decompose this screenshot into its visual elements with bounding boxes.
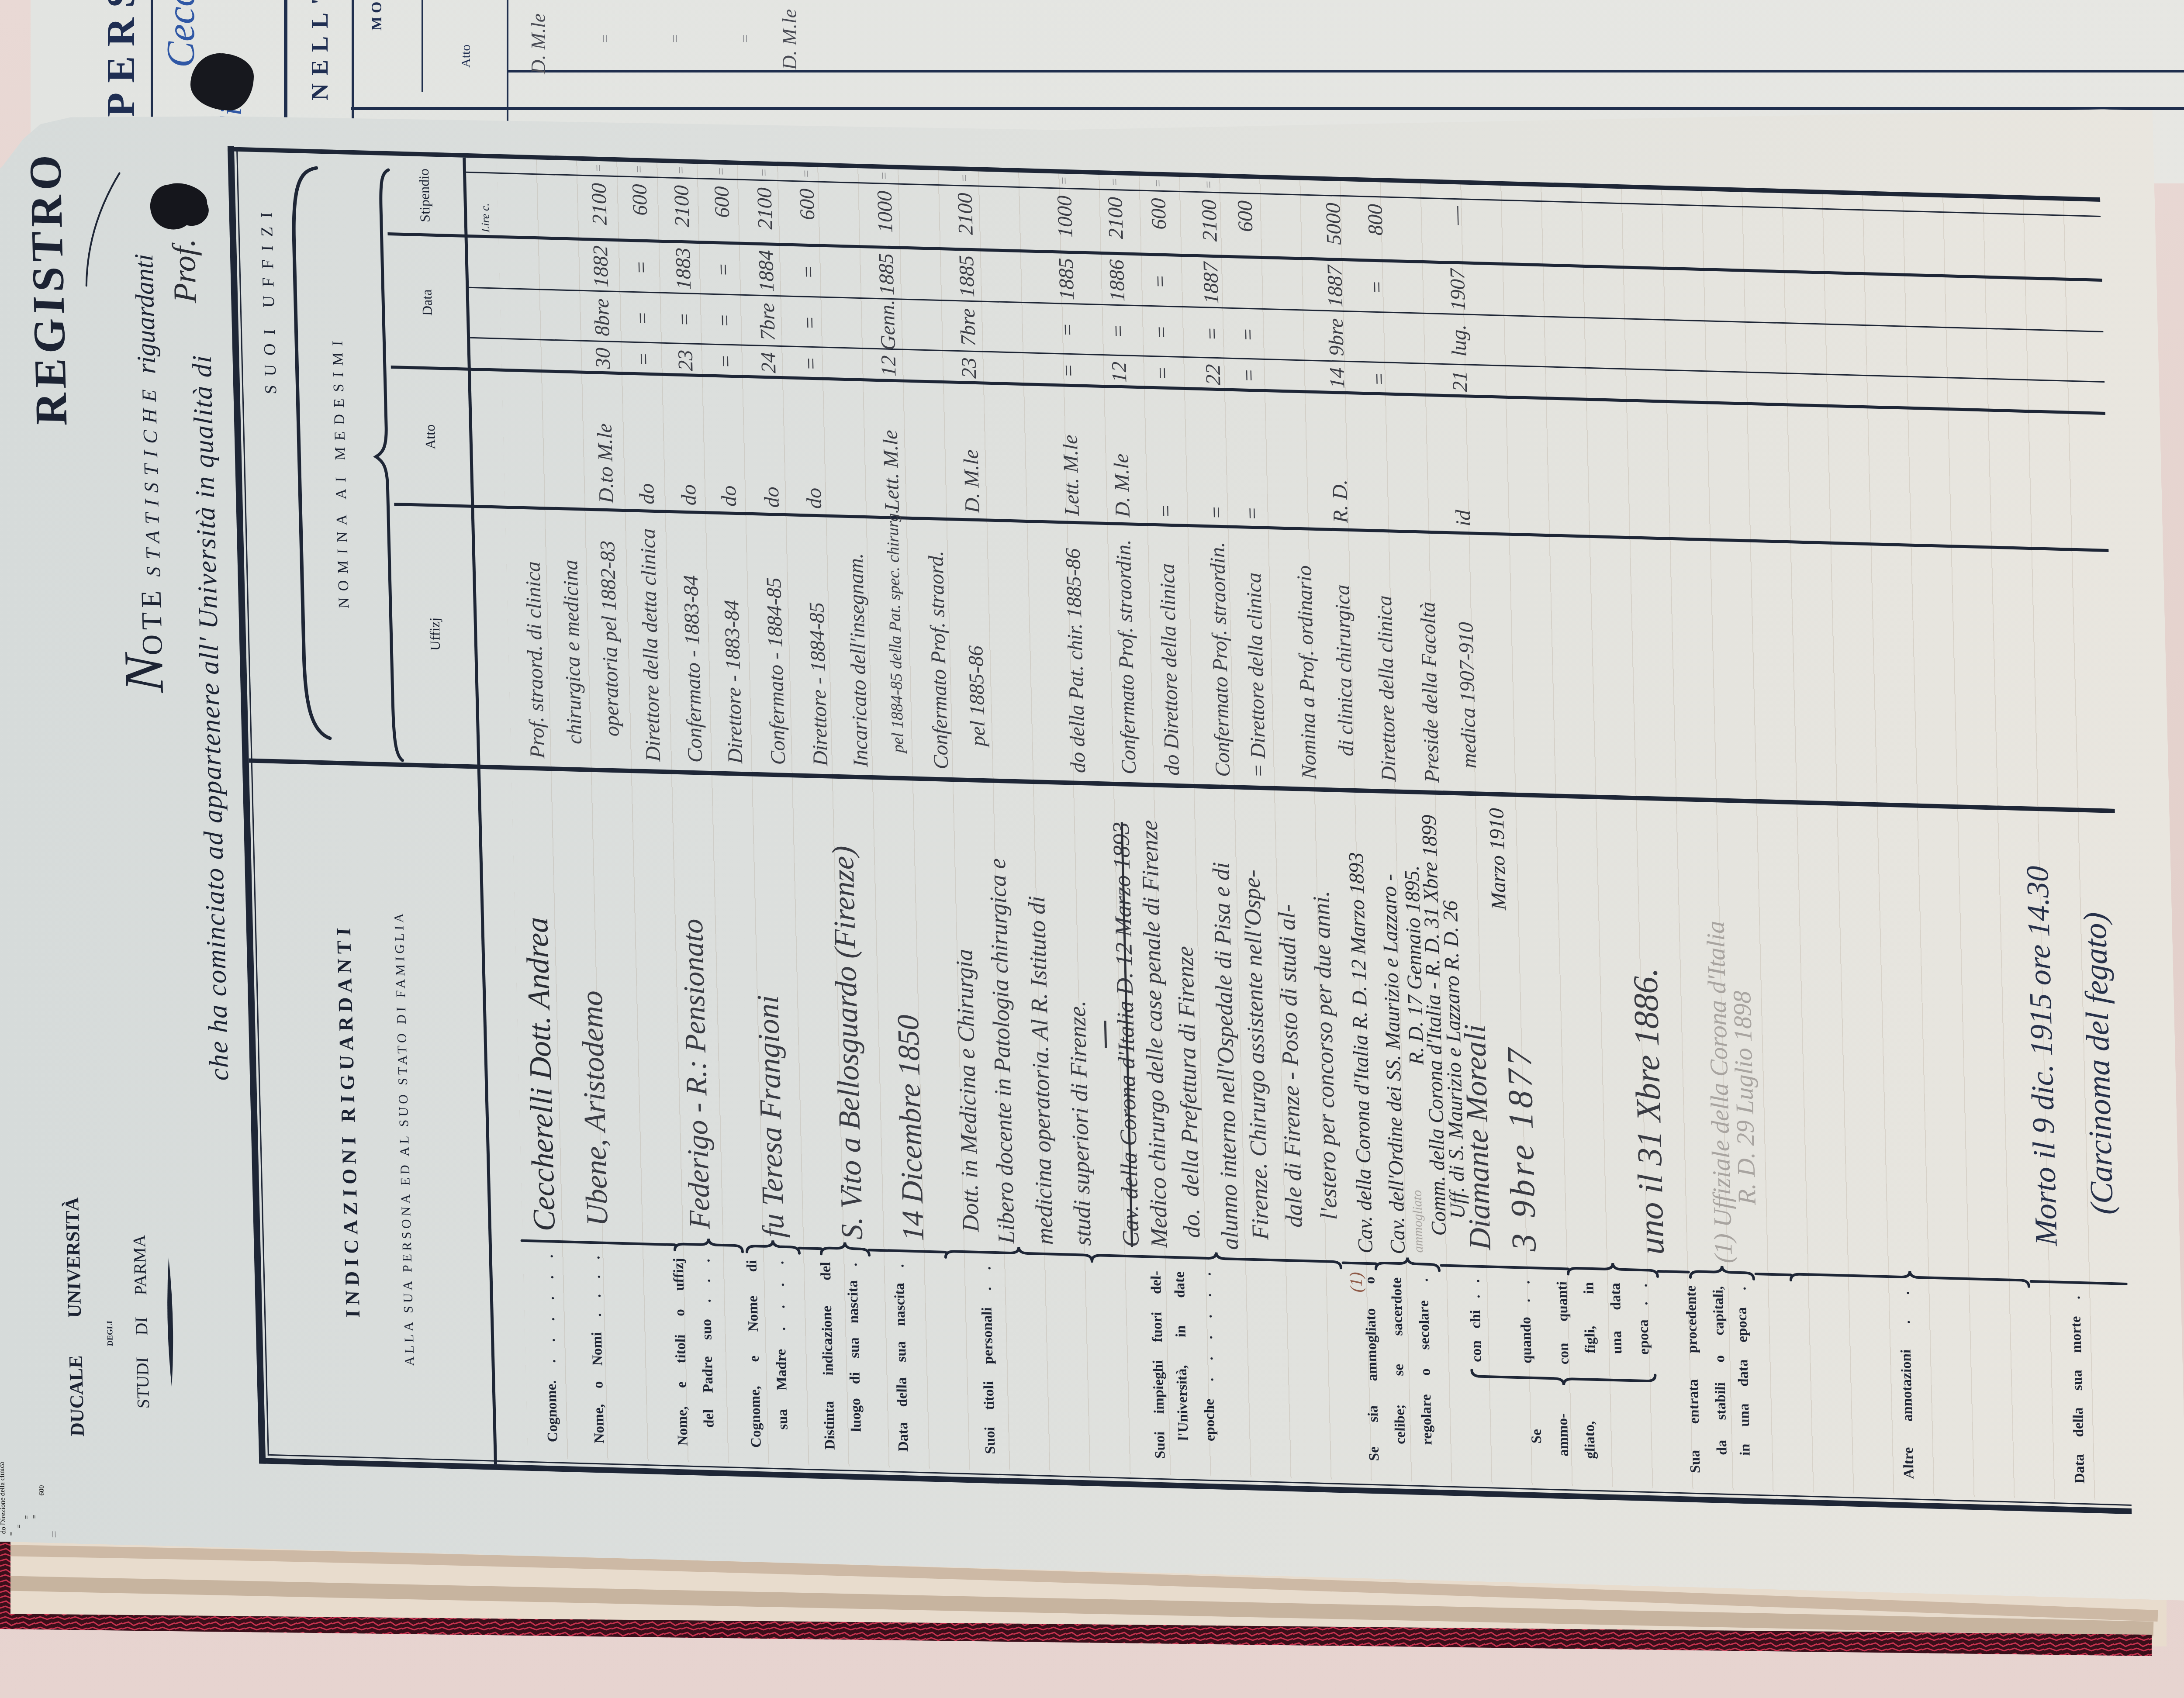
office-title: Direttore della clinica	[1364, 530, 1408, 790]
label-figli: figli, in	[1582, 1282, 1598, 1353]
value-entrata: R. D. 29 Luglio 1898	[1729, 990, 1760, 1205]
office-act: do	[625, 374, 666, 511]
office-salary-lire: 2100	[580, 176, 619, 241]
column-header-stipendio: Stipendio	[416, 155, 432, 236]
office-title: Confermato Prof. straordin.	[1104, 523, 1148, 783]
value-con-chi: Diamante Moreali	[1460, 1024, 1496, 1250]
office-act: do	[750, 378, 791, 514]
label-quando: quando . .	[1518, 1280, 1534, 1363]
office-title: Direttore della detta clinica	[629, 510, 672, 770]
office-date-day: =	[1050, 355, 1088, 387]
office-salary-cent: =	[1190, 176, 1228, 194]
ink-blot	[150, 183, 209, 231]
office-act: Lett. M.le	[1051, 386, 1091, 522]
back-atto-label: Atto	[460, 31, 473, 68]
office-act: R. D.	[1319, 393, 1360, 529]
note-word: OTE	[137, 586, 167, 656]
office-date-year: =	[1141, 255, 1180, 307]
office-title-line: Preside della Facoltà	[1407, 531, 1451, 783]
note-initial: N	[115, 654, 172, 693]
table-frame	[0, 48, 2184, 1601]
office-salary-lire: 800	[1356, 197, 1396, 262]
value-titoli: studi superiori di Firenze.	[1065, 1000, 1095, 1246]
office-date-month: lug.	[1440, 315, 1479, 366]
office-row: Prof. straord. di clinica chirurgica e m…	[505, 157, 632, 769]
office-title-line: pel 1884-85 della Pat. spec. chirurg.	[874, 517, 917, 769]
office-salary-cent: =	[702, 162, 740, 180]
office-date-month: =	[1099, 306, 1138, 357]
office-salary-lire: 1000	[866, 184, 905, 249]
office-date-month: =	[1229, 309, 1268, 360]
office-act: =	[1195, 390, 1236, 526]
office-title-line: Confermato Prof. straord.	[916, 518, 960, 770]
office-title: do della Pat. chir. 1885-86	[1054, 521, 1097, 781]
office-row: Preside della Facoltà medica 1907-910 id…	[1399, 181, 1489, 792]
office-act: =	[1144, 388, 1185, 525]
label-figli: epoca . .	[1635, 1284, 1652, 1355]
office-title: do Direttore della clinica	[1147, 524, 1191, 783]
office-date-day: =	[792, 348, 830, 380]
office-row: Confermato Prof. straord. pel 1885-86 D.…	[908, 168, 998, 779]
office-salary-lire: 1000	[1046, 189, 1085, 254]
office-salary-cent: =	[865, 167, 903, 185]
office-date-year: 1885	[948, 250, 987, 303]
value-nome: Ubene, Aristodemo	[577, 990, 613, 1226]
office-title: Confermato - 1884-85	[753, 513, 797, 773]
office-salary-lire: 2100	[1190, 193, 1230, 258]
office-title-line: medica 1907-910	[1445, 532, 1489, 784]
back-header-fragment-2: MO	[370, 0, 384, 31]
office-act: do	[667, 376, 708, 512]
value-causa-morte: (Carcinoma del fegato)	[2079, 912, 2118, 1215]
office-salary-lire: 2100	[1096, 190, 1136, 255]
office-date-year: 1886	[1098, 254, 1137, 307]
column-subheader-lire: Lire c.	[480, 203, 492, 233]
office-act: D.to M.le	[585, 373, 625, 510]
office-date-month: =	[623, 293, 662, 344]
value-onorificenze: Marzo 1910	[1486, 808, 1510, 911]
office-salary-lire: 5000	[1314, 196, 1354, 261]
office-title-line: Confermato - 1884-85	[753, 513, 797, 765]
office-title-line: Direttore della clinica	[1364, 530, 1408, 782]
office-date-day: 23	[667, 344, 705, 376]
office-salary-cent: =	[788, 165, 826, 183]
value-cognome: Ceccherelli Dott. Andrea	[521, 917, 560, 1232]
office-date-year: =	[790, 246, 829, 298]
label-figli: con quanti	[1555, 1281, 1572, 1365]
statistiche-word: STATISTICHE	[139, 382, 164, 577]
office-salary-cent: =	[620, 160, 658, 178]
office-date-day: 24	[750, 346, 788, 379]
office-title: = Direttore della clinica	[1234, 526, 1278, 786]
office-date-day: =	[625, 343, 663, 375]
dash-mark	[1104, 1021, 1107, 1048]
office-date-month: =	[1048, 304, 1087, 355]
office-salary-lire: —	[1437, 200, 1476, 264]
office-date-day: 23	[950, 352, 988, 384]
office-date-day: 14	[1318, 362, 1357, 394]
office-date-year: 1882	[582, 240, 621, 293]
office-title-line: do Direttore della clinica	[1147, 524, 1191, 776]
office-title: Confermato Prof. straord. pel 1885-86	[916, 518, 998, 779]
value-quando: 3 9bre 1877	[1502, 1045, 1541, 1252]
office-salary-cent: =	[1096, 173, 1134, 191]
office-title-line: Confermato Prof. straordin.	[1104, 523, 1148, 775]
office-act: id	[1442, 397, 1482, 533]
office-date-month: 8bre	[583, 292, 622, 343]
value-madre: fu Teresa Frangioni	[753, 995, 789, 1238]
office-act: =	[1231, 391, 1272, 527]
qualita-handwritten: Prof.	[168, 238, 202, 303]
office-salary-lire: 600	[1140, 191, 1179, 256]
office-title-line: Incaricato dell'insegnam.	[836, 515, 880, 767]
office-title-line: pel 1885-86	[954, 519, 998, 771]
back-header-fragment: NELL'	[308, 0, 332, 100]
office-date-day: =	[1360, 363, 1399, 395]
office-salary-cent: =	[1139, 174, 1177, 192]
office-title-line: = Direttore della clinica	[1234, 526, 1278, 778]
office-salary-cent: =	[1045, 172, 1083, 190]
label-se-ammogliato: gliato,	[1583, 1421, 1598, 1459]
office-title-line: Direttore - 1884-85	[796, 514, 840, 766]
back-ditto: =	[738, 26, 753, 44]
office-date-month: =	[1193, 308, 1232, 359]
office-date-year: =	[705, 243, 743, 296]
office-title-line: Confermato - 1883-84	[670, 511, 714, 763]
value-data-nascita: 14 Dicembre 1850	[893, 1015, 929, 1242]
institution-place: STUDI DI PARMA	[131, 1235, 152, 1409]
title-rule	[166, 1257, 174, 1387]
office-title-line: do della Pat. chir. 1885-86	[1054, 521, 1097, 773]
office-row: Nomina a Prof. ordinario di clinica chir…	[1276, 178, 1366, 789]
office-salary-cent: =	[745, 163, 783, 182]
ink-blot	[190, 53, 254, 110]
office-date-month: 7bre	[949, 302, 988, 353]
value-titoli: Dott. in Medicina e Chirurgia	[952, 949, 983, 1232]
label-figli: una data	[1608, 1283, 1624, 1354]
value-stato-civile: ammogliato	[1411, 1190, 1425, 1253]
office-title: Nomina a Prof. ordinario di clinica chir…	[1285, 528, 1366, 789]
office-date-month: =	[1142, 307, 1181, 358]
back-title-fragment: PERS	[100, 0, 141, 117]
office-row: Incaricato dell'insegnam. pel 1884-85 de…	[828, 166, 917, 777]
label-con-chi: con chi . .	[1468, 1279, 1484, 1362]
office-date-year: =	[622, 241, 661, 293]
back-entry: D. M.le	[529, 9, 549, 74]
institution-degli: DEGLI	[105, 1294, 114, 1346]
office-title: Confermato - 1883-84	[670, 511, 714, 771]
office-act: D. M.le	[1101, 387, 1142, 524]
office-date-year: 1885	[867, 248, 906, 300]
note-heading: N OTE STATISTICHE riguardanti	[106, 253, 172, 693]
office-act: D. M.le	[951, 383, 992, 520]
office-salary-lire: 600	[621, 177, 660, 242]
office-salary-lire: 2100	[746, 181, 785, 245]
office-title-line: Nomina a Prof. ordinario	[1285, 528, 1328, 780]
office-salary-lire: 2100	[663, 179, 702, 243]
back-rule	[507, 70, 2184, 72]
office-date-day: 12	[1100, 356, 1139, 388]
back-entry: D. M.le	[780, 13, 800, 70]
value-figli: uno il 31 Xbre 1886.	[1628, 967, 1670, 1255]
office-salary-lire: 600	[703, 179, 742, 244]
office-salary-lire: 600	[788, 182, 827, 247]
office-date-day: =	[1144, 357, 1182, 389]
office-date-day: 30	[584, 342, 622, 374]
office-date-month: 9bre	[1317, 311, 1356, 362]
office-title: Direttore - 1883-84	[711, 512, 754, 772]
office-act: do	[793, 379, 833, 515]
value-data-morte: Morto il 9 dic. 1915 ore 14.30	[2022, 866, 2062, 1246]
label-se-ammogliato: Se	[1530, 1429, 1545, 1444]
page-title: REGISTRO	[22, 150, 74, 426]
office-date-day: =	[1230, 359, 1268, 392]
office-date-year: 1887	[1316, 260, 1355, 312]
office-date-day: =	[707, 345, 745, 377]
office-date-year: =	[1358, 261, 1397, 314]
back-rule	[422, 0, 423, 92]
footnote-mark: (1)	[1347, 1272, 1365, 1293]
office-salary-lire: 2100	[946, 186, 985, 251]
back-rule	[351, 107, 2184, 110]
office-title: Prof. straord. di clinica chirurgica e m…	[513, 507, 632, 769]
office-salary-cent: =	[946, 169, 984, 187]
back-ditto: =	[668, 26, 683, 44]
office-salary-cent: =	[580, 159, 618, 177]
office-date-day: 21	[1441, 365, 1479, 397]
office-date-year: 1907	[1439, 263, 1478, 316]
office-act: Lett. M.le	[871, 381, 911, 518]
back-name-fragment: Cecc	[162, 0, 201, 68]
office-salary-lire: 600	[1226, 194, 1265, 259]
office-title-line: Direttore della detta clinica	[629, 510, 672, 762]
office-date-day: 22	[1194, 359, 1233, 391]
office-title-line: Prof. straord. di clinica	[513, 507, 556, 759]
value-padre: Federigo - R.: Pensionato	[677, 918, 715, 1229]
office-title-line: chirurgica e medicina	[550, 508, 594, 760]
office-title: Incaricato dell'insegnam. pel 1884-85 de…	[836, 515, 917, 777]
office-date-month: =	[665, 294, 704, 345]
office-date-year: 1884	[747, 245, 786, 297]
office-date-year: 1883	[664, 242, 703, 295]
office-date-month: =	[705, 295, 744, 346]
office-title-line: Direttore - 1883-84	[711, 512, 754, 764]
label-braces	[522, 1234, 2129, 1400]
office-date-month: Genn.	[868, 300, 907, 351]
office-act: do	[708, 376, 748, 513]
office-title-line: operatoria pel 1882-83	[588, 509, 632, 761]
office-date-day: 12	[870, 350, 908, 382]
office-title-line: di clinica chirurgica	[1322, 528, 1366, 780]
register-page: REGISTRO DUCALE UNIVERSITÀ DEGLI STUDI D…	[0, 48, 2184, 1601]
office-title: Preside della Facoltà medica 1907-910	[1407, 531, 1489, 792]
offices-section-title: SUOI UFFIZI	[258, 204, 279, 394]
office-date-month: 7bre	[748, 296, 787, 347]
label-se-ammogliato: ammo-	[1556, 1413, 1571, 1456]
office-salary-cent: =	[662, 161, 700, 179]
riguardanti-word: riguardanti	[131, 253, 160, 374]
office-title: Direttore - 1884-85	[796, 514, 840, 774]
office-date-month: =	[791, 297, 829, 349]
back-ditto: =	[598, 26, 613, 44]
office-date-year: 1885	[1047, 253, 1086, 305]
office-date-year: 1887	[1192, 257, 1231, 309]
